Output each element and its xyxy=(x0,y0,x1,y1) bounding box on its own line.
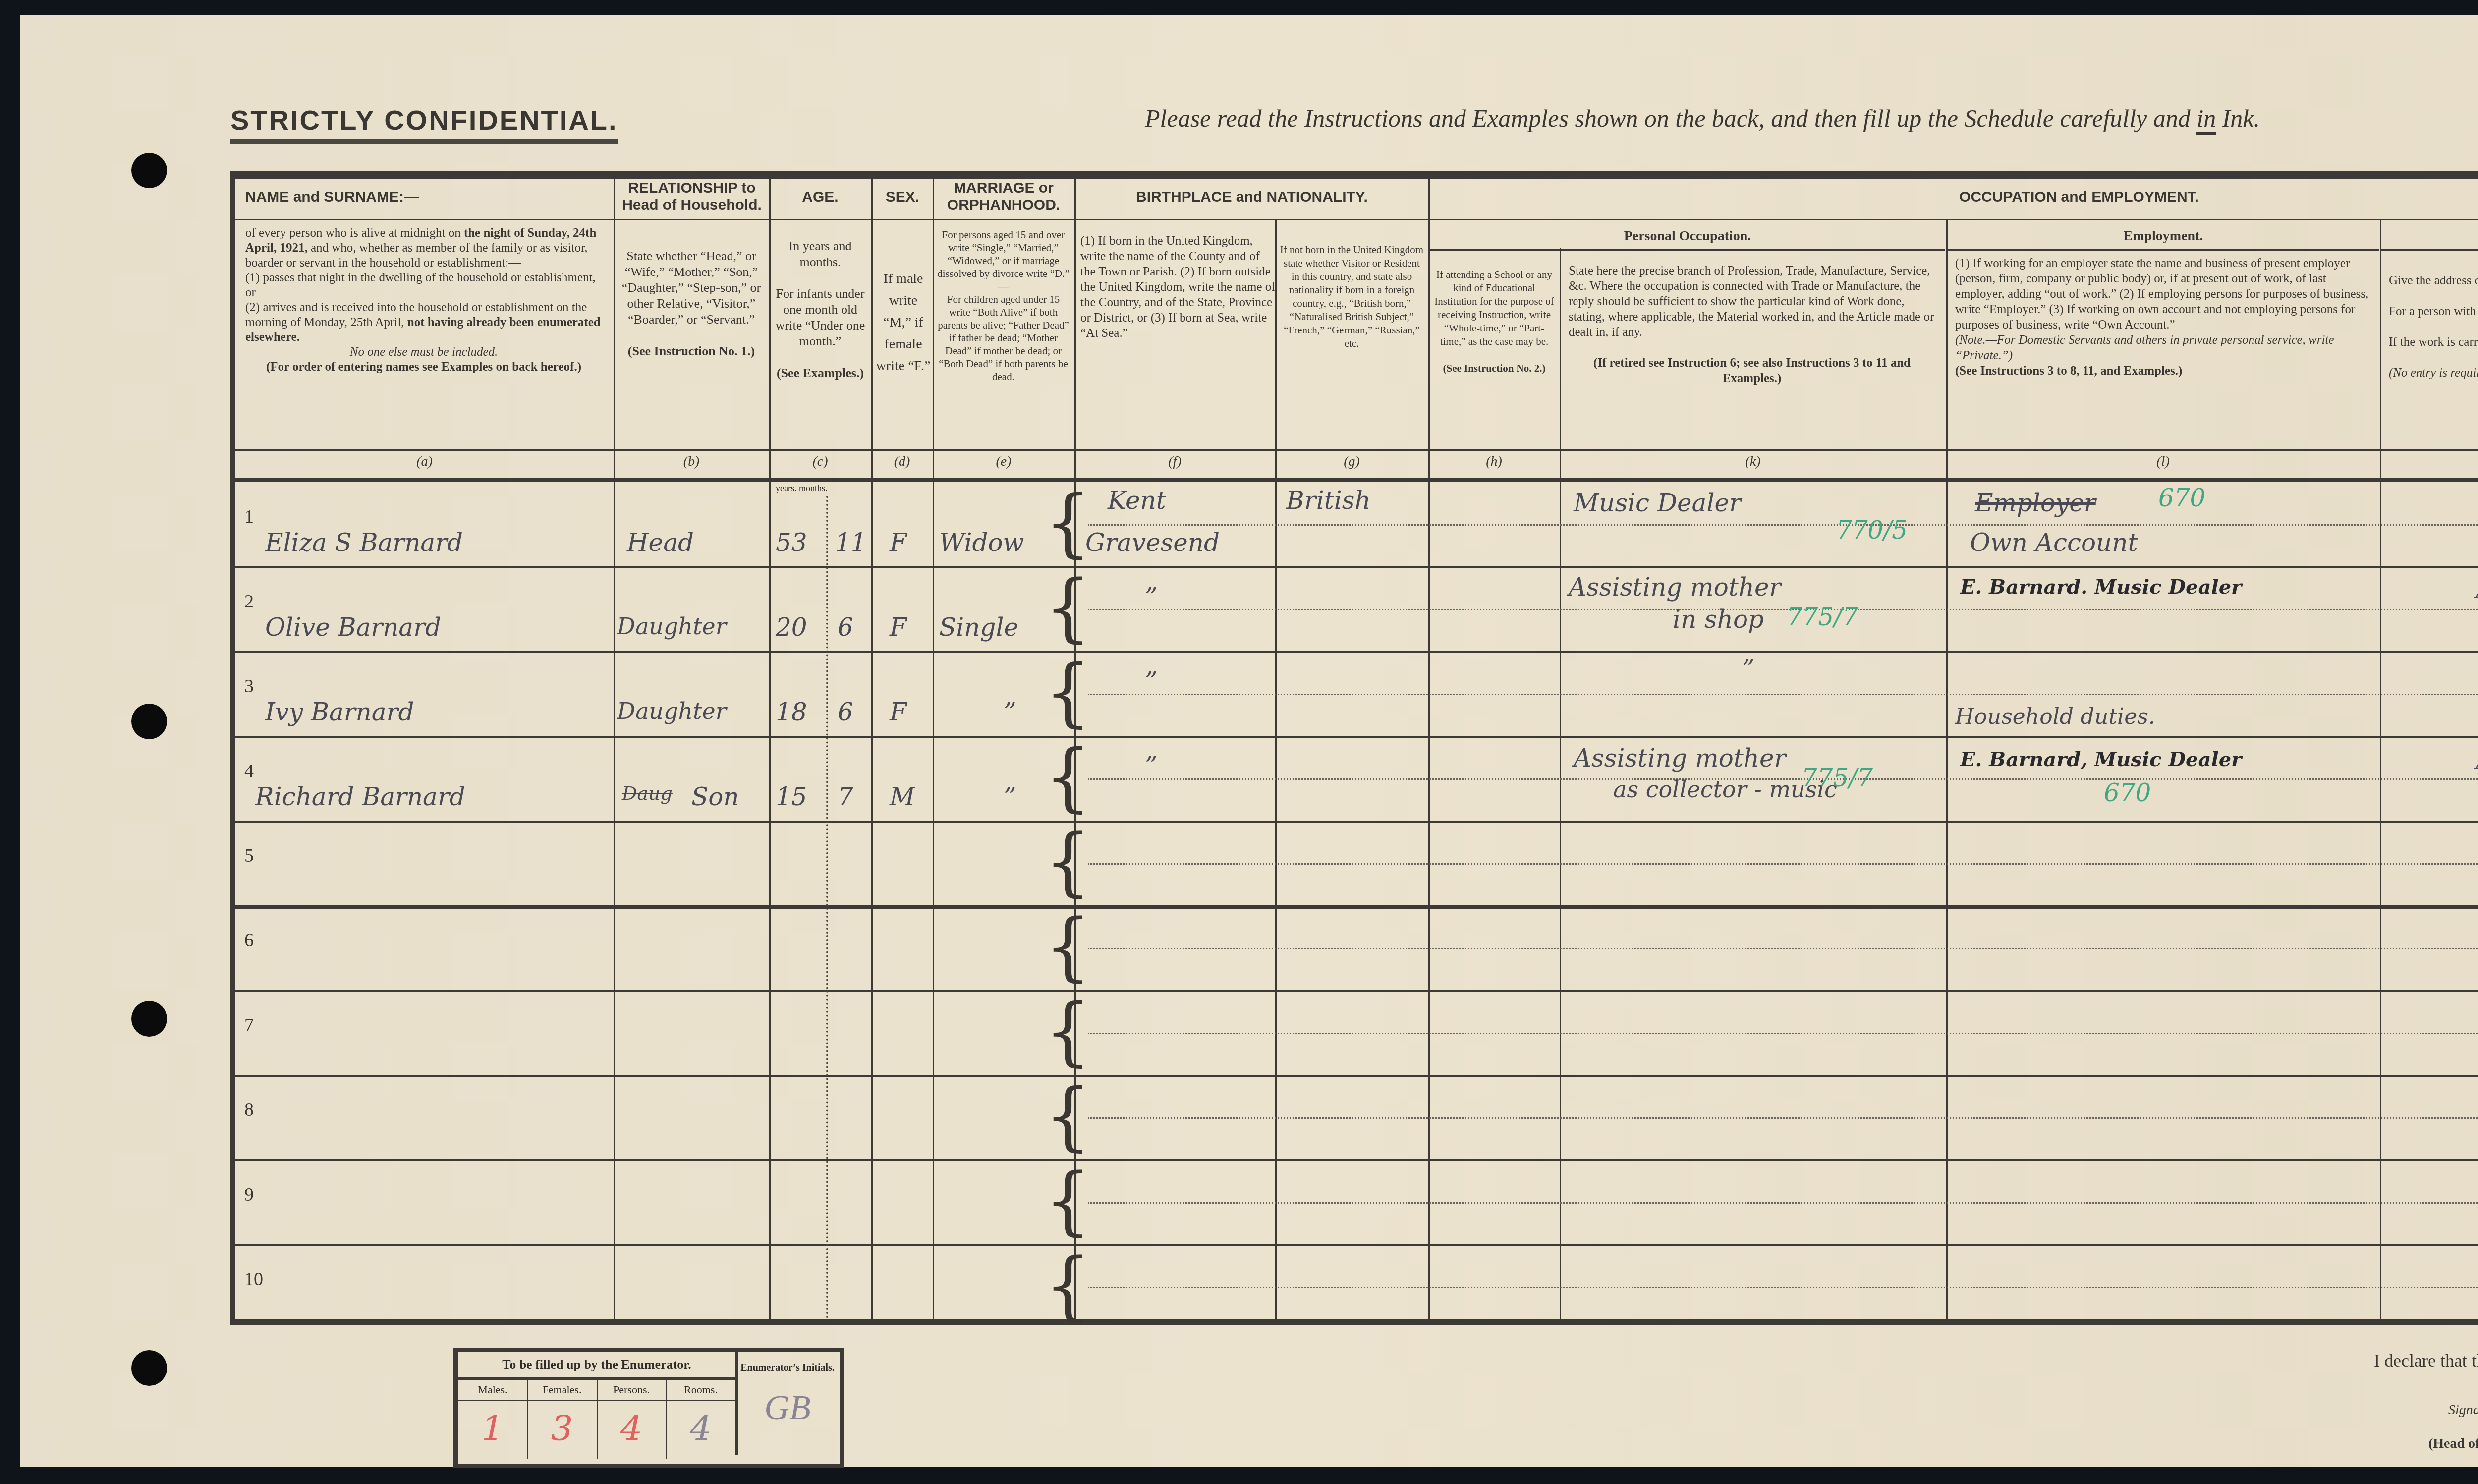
females-cell: Females. 3 xyxy=(527,1380,598,1459)
col-name-title: NAME and SURNAME:— xyxy=(245,189,444,206)
ins-text: For children aged under 15 write “Both A… xyxy=(938,293,1069,383)
age-years[interactable]: 18 xyxy=(776,698,807,726)
col-letter-h: (h) xyxy=(1428,454,1560,470)
employment-struck[interactable]: Employer xyxy=(1975,489,2096,517)
occupation-code: 775/7 xyxy=(1787,603,1858,631)
col-letter-f: (f) xyxy=(1074,454,1275,470)
row-number: 3 xyxy=(244,675,254,697)
col-relationship-title: RELATIONSHIP to Head of Household. xyxy=(615,180,769,214)
place-of-work[interactable]: At home xyxy=(2476,746,2478,775)
person-name[interactable]: Richard Barnard xyxy=(255,782,465,811)
marital-status[interactable]: Widow xyxy=(939,528,1024,557)
initials-label: Enumerator’s Initials. xyxy=(738,1362,837,1374)
employer[interactable]: E. Barnard, Music Dealer xyxy=(1960,748,2242,771)
col-letter-m: (m) xyxy=(2380,454,2478,470)
col-letter-d: (d) xyxy=(871,454,933,470)
signature-label: Signature xyxy=(2448,1402,2478,1418)
initials-value[interactable]: GB xyxy=(738,1388,837,1428)
occupation-code: 775/7 xyxy=(1802,764,1873,792)
employer[interactable]: E. Barnard. Music Dealer xyxy=(1960,575,2242,599)
row-number: 4 xyxy=(244,760,254,782)
row-rule xyxy=(235,651,2478,653)
name-instructions: of every person who is alive at midnight… xyxy=(245,226,602,375)
sex[interactable]: F xyxy=(890,698,907,726)
ins-text: (1) If working for an employer state the… xyxy=(1955,257,2368,331)
ins-text: (See Instructions 3 to 8, 11, and Exampl… xyxy=(1955,364,2182,378)
brace: { xyxy=(1044,825,1091,899)
divider xyxy=(1275,219,1277,1323)
sex-instructions: If male write “M,” if female write “F.” xyxy=(875,268,932,377)
occupation-instructions: State here the precise branch of Profess… xyxy=(1569,263,1935,386)
row-number: 5 xyxy=(244,845,254,867)
divider xyxy=(1428,179,1430,1323)
occupation[interactable]: Assisting mother xyxy=(1569,573,1781,602)
persons-value[interactable]: 4 xyxy=(597,1401,666,1456)
marriage-instructions: For persons aged 15 and over write “Sing… xyxy=(935,228,1071,383)
brace: { xyxy=(1044,910,1091,984)
occupation-line-2[interactable]: in shop xyxy=(1673,605,1764,634)
row-number: 6 xyxy=(244,930,254,951)
ins-text: (See Examples.) xyxy=(777,366,864,380)
employment-title: Employment. xyxy=(1948,228,2379,244)
age-months[interactable]: 7 xyxy=(838,782,853,811)
instructions-in: in xyxy=(2196,105,2216,135)
instructions-ink: Ink. xyxy=(2222,105,2260,132)
signature-note: (Head of Household, Manager of Establish… xyxy=(2428,1436,2478,1452)
fill-instructions: Please read the Instructions and Example… xyxy=(1145,104,2260,133)
ins-text: (1) passes that night in the dwelling of… xyxy=(245,271,596,299)
occupation[interactable]: Assisting mother xyxy=(1574,744,1786,772)
row-number: 8 xyxy=(244,1099,254,1121)
sex[interactable]: F xyxy=(890,528,907,557)
employment[interactable]: Household duties. xyxy=(1955,704,2155,729)
age-months[interactable]: 6 xyxy=(838,613,853,642)
declaration-text: I declare that this Schedule is correctl… xyxy=(2374,1350,2478,1371)
place-of-work-title: Place of Work. xyxy=(2381,228,2478,244)
birthplace-instructions: (1) If born in the United Kingdom, write… xyxy=(1080,233,1276,341)
relationship[interactable]: Daughter xyxy=(617,613,727,640)
birthplace-town[interactable]: Gravesend xyxy=(1085,528,1220,557)
employment[interactable]: Own Account xyxy=(1970,528,2138,557)
brace: { xyxy=(1044,1079,1091,1154)
ins-text: If attending a School or any kind of Edu… xyxy=(1434,269,1554,347)
row-number: 9 xyxy=(244,1184,254,1206)
employment-instructions: (1) If working for an employer state the… xyxy=(1955,256,2371,379)
relationship-struck: Daug xyxy=(622,782,673,804)
brace: { xyxy=(1044,1249,1091,1323)
males-label: Males. xyxy=(458,1380,527,1401)
relationship[interactable]: Son xyxy=(691,782,739,811)
relationship-instructions: State whether “Head,” or “Wife,” “Mother… xyxy=(619,248,763,359)
nationality[interactable]: British xyxy=(1286,486,1371,515)
row-rule xyxy=(235,566,2478,568)
divider xyxy=(1946,219,1948,1323)
col-birthplace-group-title: BIRTHPLACE and NATIONALITY. xyxy=(1076,189,1428,206)
ins-text: For persons aged 15 and over write “Sing… xyxy=(937,229,1070,279)
occupation[interactable]: Music Dealer xyxy=(1574,489,1741,517)
age-instructions: In years and months. For infants under o… xyxy=(773,238,867,381)
persons-label: Persons. xyxy=(597,1380,666,1401)
place-instructions: Give the address of each person’s place … xyxy=(2389,273,2478,381)
col-letter-g: (g) xyxy=(1275,454,1428,470)
person-name[interactable]: Olive Barnard xyxy=(265,613,441,642)
enumerator-initials-cell: Enumerator’s Initials. GB xyxy=(735,1352,837,1455)
row-rule xyxy=(235,1159,2478,1161)
ins-text: State here the precise branch of Profess… xyxy=(1569,264,1934,339)
place-of-work[interactable]: At Home xyxy=(2476,575,2478,604)
row-rule xyxy=(235,736,2478,738)
col-letter-a: (a) xyxy=(235,454,614,470)
census-schedule-page: STRICTLY CONFIDENTIAL. Please read the I… xyxy=(20,15,2478,1467)
divider xyxy=(769,179,771,1323)
totals-title: To be filled up by the Enumerator. xyxy=(458,1352,735,1380)
ins-text: of every person who is alive at midnight… xyxy=(245,226,461,240)
header-rule xyxy=(1948,249,2379,251)
row-number: 1 xyxy=(244,506,254,528)
age-years[interactable]: 20 xyxy=(776,613,807,642)
header-rule xyxy=(1430,249,1945,251)
col-letter-b: (b) xyxy=(614,454,769,470)
divider xyxy=(614,179,615,1323)
ins-text: Give the address of each person’s place … xyxy=(2389,274,2478,287)
brace: { xyxy=(1044,486,1091,560)
nationality-instructions: If not born in the United Kingdom state … xyxy=(1279,243,1425,350)
birthplace-ditto[interactable]: ” xyxy=(1145,751,1158,780)
header-rule xyxy=(235,478,2478,482)
row-number: 7 xyxy=(244,1014,254,1036)
ins-text: For a person with no regular place of wo… xyxy=(2389,305,2478,318)
divider xyxy=(933,179,934,1323)
marital-status[interactable]: ” xyxy=(1004,782,1016,811)
females-label: Females. xyxy=(527,1380,597,1401)
age-months[interactable]: 6 xyxy=(838,698,853,726)
enumerator-totals-box: To be filled up by the Enumerator. Males… xyxy=(453,1348,844,1468)
row-number: 2 xyxy=(244,591,254,612)
ins-text: If the work is carried on mainly at home… xyxy=(2389,335,2478,349)
ins-text: (See Instruction No. 2.) xyxy=(1443,362,1545,374)
col-age-title: AGE. xyxy=(771,189,870,206)
row-number: 10 xyxy=(244,1268,263,1290)
personal-occupation-title: Personal Occupation. xyxy=(1430,228,1945,244)
divider xyxy=(1560,248,1561,1323)
rooms-label: Rooms. xyxy=(666,1380,735,1401)
col-letter-l: (l) xyxy=(1946,454,2380,470)
brace: { xyxy=(1044,571,1091,645)
col-marriage-title: MARRIAGE or ORPHANHOOD. xyxy=(934,180,1073,214)
col-letter-c: (c) xyxy=(769,454,871,470)
employment-code: 670 xyxy=(2158,484,2205,512)
header-rule xyxy=(235,449,2478,451)
ins-text: State whether “Head,” or “Wife,” “Mother… xyxy=(622,249,761,327)
males-value[interactable]: 1 xyxy=(458,1401,527,1456)
birthplace-ditto[interactable]: ” xyxy=(1145,583,1158,611)
row-rule xyxy=(235,1244,2478,1246)
header-rule xyxy=(235,219,2478,220)
marital-status[interactable]: Single xyxy=(939,613,1018,642)
rooms-cell: Rooms. 4 xyxy=(666,1380,735,1459)
age-years[interactable]: 53 xyxy=(776,528,807,557)
employment-code: 670 xyxy=(2104,778,2151,807)
relationship[interactable]: Head xyxy=(627,528,694,557)
row-rule xyxy=(235,905,2478,909)
punch-hole xyxy=(131,704,167,739)
age-months[interactable]: 11 xyxy=(835,528,867,557)
rooms-value[interactable]: 4 xyxy=(666,1401,735,1456)
occupation-ditto[interactable]: ” xyxy=(1742,655,1755,683)
brace: { xyxy=(1044,1164,1091,1238)
age-years[interactable]: 15 xyxy=(776,782,807,811)
ins-text: In years and months. xyxy=(788,239,851,269)
birthplace-ditto[interactable]: ” xyxy=(1145,667,1158,696)
instructions-text: Please read the Instructions and Example… xyxy=(1145,105,2196,132)
row-rule xyxy=(235,1075,2478,1077)
ins-text: (See Instruction No. 1.) xyxy=(628,344,755,358)
persons-cell: Persons. 4 xyxy=(597,1380,667,1459)
col-letter-e: (e) xyxy=(933,454,1074,470)
punch-hole xyxy=(131,1350,167,1386)
birthplace-county[interactable]: Kent xyxy=(1108,486,1166,515)
ins-text: (For order of entering names see Example… xyxy=(245,360,602,375)
divider xyxy=(2380,219,2381,1323)
school-instructions: If attending a School or any kind of Edu… xyxy=(1432,268,1556,375)
ins-text: For infants under one month old write “U… xyxy=(776,286,865,348)
divider xyxy=(871,179,873,1323)
ins-text: (Note.—For Domestic Servants and others … xyxy=(1955,333,2334,362)
ins-text: (No entry is required for any person who… xyxy=(2389,366,2478,380)
sex[interactable]: M xyxy=(890,782,915,811)
ins-text: No one else must be included. xyxy=(245,345,602,360)
col-occupation-group-title: OCCUPATION and EMPLOYMENT. xyxy=(1430,189,2478,206)
punch-hole xyxy=(131,153,167,188)
col-letter-k: (k) xyxy=(1560,454,1946,470)
males-cell: Males. 1 xyxy=(458,1380,528,1459)
brace: { xyxy=(1044,656,1091,730)
row-rule xyxy=(235,990,2478,992)
row-rule xyxy=(235,821,2478,823)
person-name[interactable]: Ivy Barnard xyxy=(265,698,414,726)
marital-status[interactable]: ” xyxy=(1004,698,1016,726)
header-rule xyxy=(2381,249,2478,251)
household-table: NAME and SURNAME:— RELATIONSHIP to Head … xyxy=(230,171,2478,1325)
occupation-code: 770/5 xyxy=(1836,516,1908,545)
relationship[interactable]: Daughter xyxy=(617,698,727,724)
females-value[interactable]: 3 xyxy=(527,1401,597,1456)
brace: { xyxy=(1044,740,1091,815)
age-subhead: years. months. xyxy=(776,483,827,494)
person-name[interactable]: Eliza S Barnard xyxy=(265,528,463,557)
col-sex-title: SEX. xyxy=(873,189,932,206)
ins-text: (If retired see Instruction 6; see also … xyxy=(1569,355,1935,386)
punch-hole xyxy=(131,1001,167,1037)
brace: { xyxy=(1044,994,1091,1069)
strictly-confidential-heading: STRICTLY CONFIDENTIAL. xyxy=(230,104,618,144)
sex[interactable]: F xyxy=(890,613,907,642)
